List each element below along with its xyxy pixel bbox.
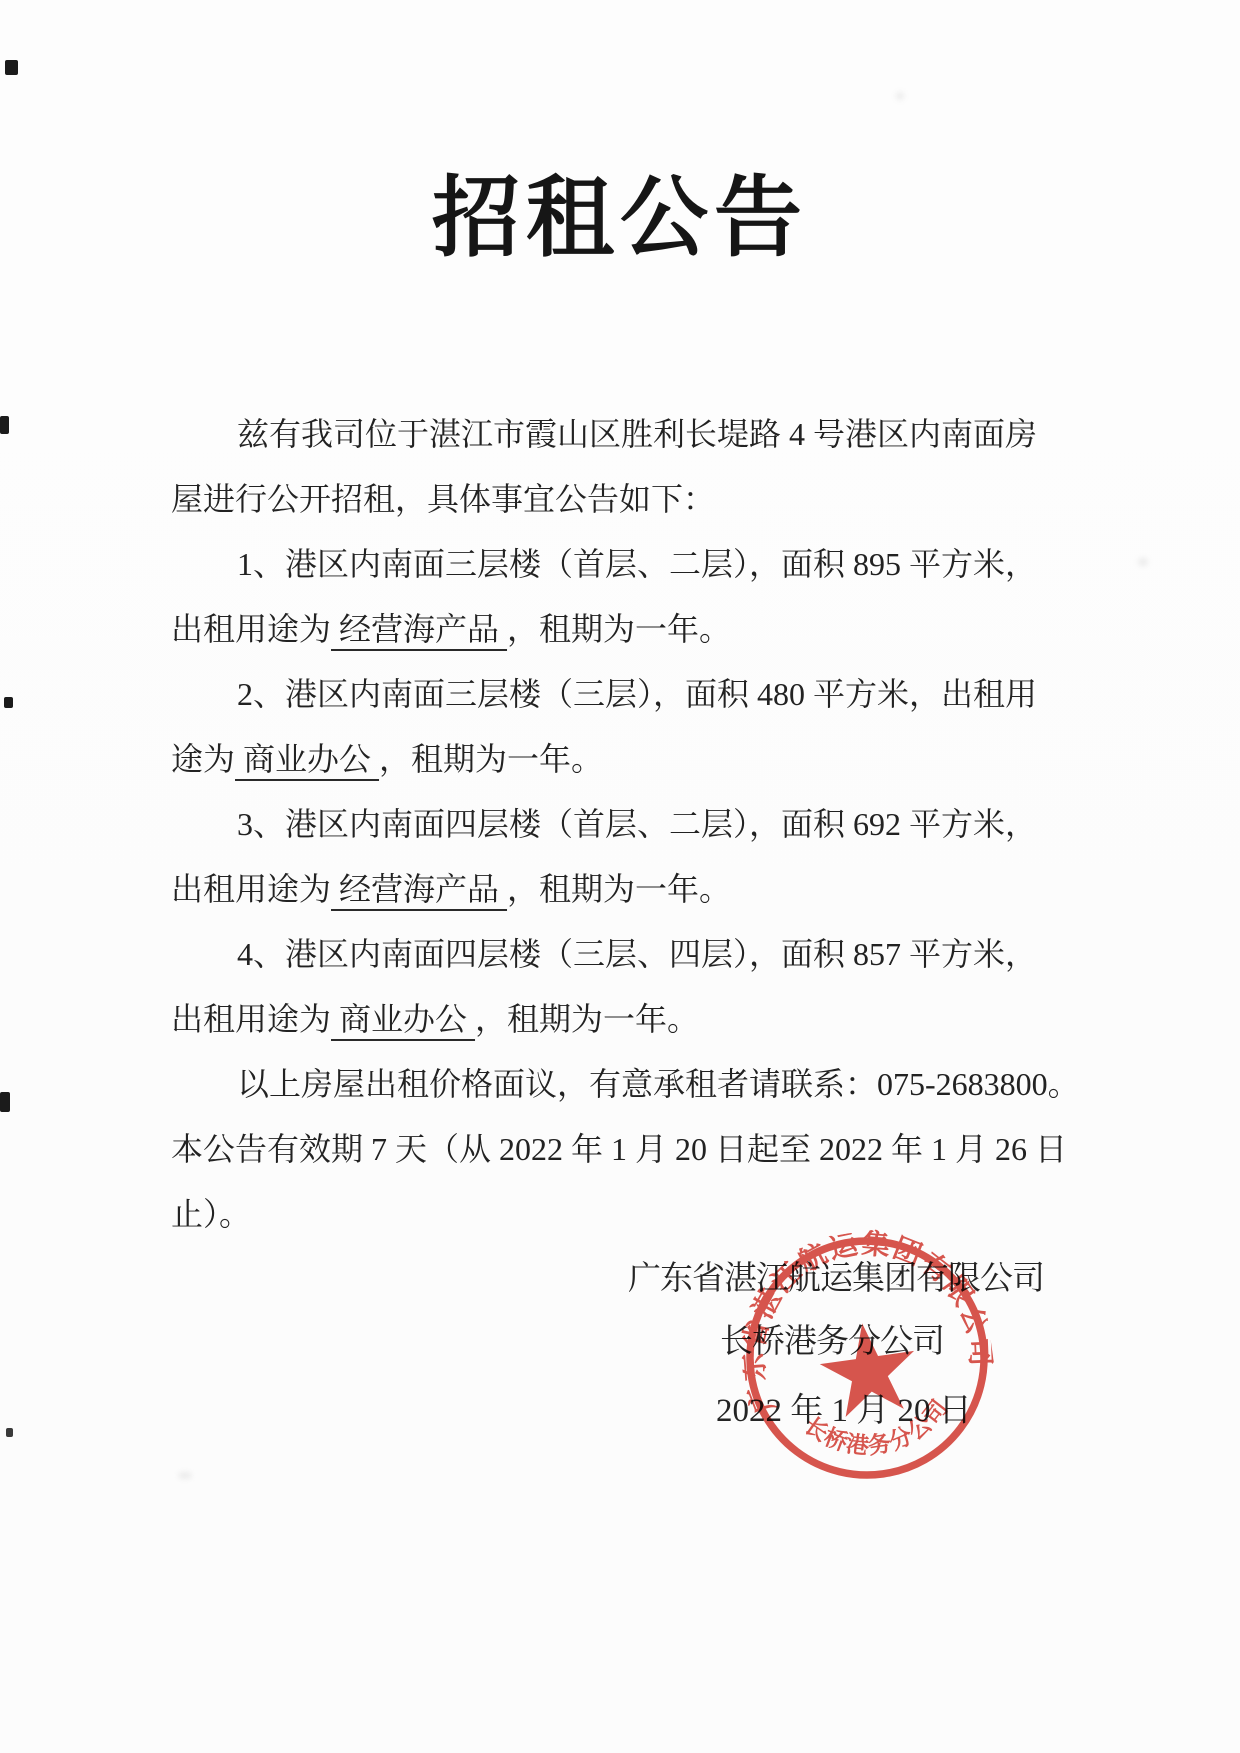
body-line: 2、港区内南面三层楼（三层），面积 480 平方米，出租用 (171, 662, 1037, 727)
body-text: 4、港区内南面四层楼（三层、四层），面积 857 平方米， (237, 936, 1037, 972)
body-line: 出租用途为 经营海产品 ，租期为一年。 (171, 857, 1037, 922)
body-line: 3、港区内南面四层楼（首层、二层），面积 692 平方米， (171, 792, 1037, 857)
body-line: 出租用途为 经营海产品 ，租期为一年。 (171, 597, 1037, 662)
document-page: 招租公告 兹有我司位于湛江市霞山区胜利长堤路 4 号港区内南面房屋进行公开招租，… (0, 0, 1240, 1753)
body-text: 出租用途为 (171, 611, 331, 647)
scan-smudge (1138, 558, 1148, 566)
body-text: 1、港区内南面三层楼（首层、二层），面积 895 平方米， (237, 546, 1037, 582)
document-body: 兹有我司位于湛江市霞山区胜利长堤路 4 号港区内南面房屋进行公开招租，具体事宜公… (171, 402, 1037, 1247)
body-line: 途为 商业办公 ，租期为一年。 (171, 727, 1037, 792)
star-icon (815, 1317, 922, 1420)
body-line: 4、港区内南面四层楼（三层、四层），面积 857 平方米， (171, 922, 1037, 987)
body-text: ，租期为一年。 (507, 871, 731, 907)
body-text: 以上房屋出租价格面议，有意承租者请联系：075-2683800。 (237, 1066, 1080, 1102)
scan-smudge (896, 92, 904, 100)
body-text: 本公告有效期 7 天（从 2022 年 1 月 20 日起至 2022 年 1 … (171, 1131, 1067, 1167)
body-line: 屋进行公开招租，具体事宜公告如下： (171, 467, 1037, 532)
body-text: ，租期为一年。 (475, 1001, 699, 1037)
scan-speck (0, 416, 9, 434)
body-text: 出租用途为 (171, 1001, 331, 1037)
body-text: 出租用途为 (171, 871, 331, 907)
scan-speck (6, 1428, 13, 1437)
body-line: 本公告有效期 7 天（从 2022 年 1 月 20 日起至 2022 年 1 … (171, 1117, 1037, 1182)
body-text: ，租期为一年。 (379, 741, 603, 777)
body-text: 途为 (171, 741, 235, 777)
body-text: 3、港区内南面四层楼（首层、二层），面积 692 平方米， (237, 806, 1037, 842)
company-seal-stamp: 广东省湛江航运集团有限公司 长桥港务分公司 (726, 1216, 1009, 1500)
body-text: 兹有我司位于湛江市霞山区胜利长堤路 4 号港区内南面房 (237, 416, 1037, 452)
scan-speck (0, 1092, 10, 1112)
body-text: 屋进行公开招租，具体事宜公告如下： (171, 481, 715, 517)
scan-speck (5, 60, 18, 75)
underlined-text: 经营海产品 (331, 871, 507, 907)
underlined-text: 商业办公 (235, 741, 379, 777)
body-text: ，租期为一年。 (507, 611, 731, 647)
scan-smudge (178, 1472, 192, 1479)
body-line: 兹有我司位于湛江市霞山区胜利长堤路 4 号港区内南面房 (171, 402, 1037, 467)
body-line: 1、港区内南面三层楼（首层、二层），面积 895 平方米， (171, 532, 1037, 597)
underlined-text: 商业办公 (331, 1001, 475, 1037)
body-text: 止）。 (171, 1196, 251, 1232)
document-title: 招租公告 (0, 148, 1240, 274)
scan-speck (4, 697, 13, 708)
underlined-text: 经营海产品 (331, 611, 507, 647)
body-line: 以上房屋出租价格面议，有意承租者请联系：075-2683800。 (171, 1052, 1037, 1117)
body-line: 出租用途为 商业办公 ，租期为一年。 (171, 987, 1037, 1052)
body-text: 2、港区内南面三层楼（三层），面积 480 平方米，出租用 (237, 676, 1037, 712)
